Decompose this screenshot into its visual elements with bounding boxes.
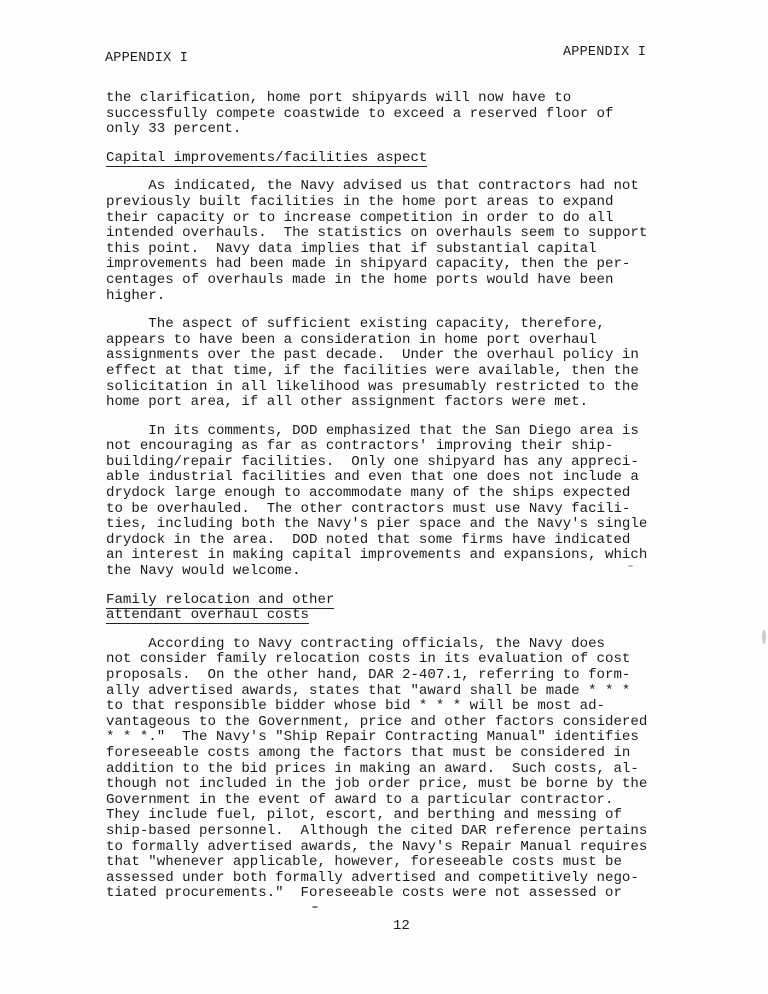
block-gap xyxy=(106,580,686,593)
text-line: ship-based personnel. Although the cited… xyxy=(106,824,686,840)
text-line: to that responsible bidder whose bid * *… xyxy=(106,699,686,715)
text-line: their capacity or to increase competitio… xyxy=(106,211,686,227)
text-line: that "whenever applicable, however, fore… xyxy=(106,855,686,871)
paragraph: the clarification, home port shipyards w… xyxy=(106,91,686,138)
text-line: effect at that time, if the facilities w… xyxy=(106,364,686,380)
text-line: foreseeable costs among the factors that… xyxy=(106,746,686,762)
text-line: attendant overhaul costs xyxy=(106,608,686,624)
text-line: In its comments, DOD emphasized that the… xyxy=(106,424,686,440)
text-line: proposals. On the other hand, DAR 2-407.… xyxy=(106,668,686,684)
text-line: drydock large enough to accommodate many… xyxy=(106,486,686,502)
body-text: the clarification, home port shipyards w… xyxy=(106,91,686,902)
text-line: appears to have been a consideration in … xyxy=(106,333,686,349)
text-line: According to Navy contracting officials,… xyxy=(106,637,686,653)
text-line: higher. xyxy=(106,289,686,305)
text-line: ties, including both the Navy's pier spa… xyxy=(106,517,686,533)
text-line: though not included in the job order pri… xyxy=(106,777,686,793)
paragraph: As indicated, the Navy advised us that c… xyxy=(106,179,686,304)
scan-artifact xyxy=(628,565,633,567)
paragraph: According to Navy contracting officials,… xyxy=(106,637,686,902)
header-right: APPENDIX I xyxy=(563,45,646,60)
paragraph: In its comments, DOD emphasized that the… xyxy=(106,424,686,580)
text-line: Capital improvements/facilities aspect xyxy=(106,151,686,167)
text-line: to be overhauled. The other contractors … xyxy=(106,502,686,518)
text-line: the Navy would welcome. xyxy=(106,564,686,580)
text-line: intended overhauls. The statistics on ov… xyxy=(106,226,686,242)
text-line: centages of overhauls made in the home p… xyxy=(106,273,686,289)
text-line: They include fuel, pilot, escort, and be… xyxy=(106,808,686,824)
document-page: APPENDIX I APPENDIX I the clarification,… xyxy=(0,0,768,994)
text-line: the clarification, home port shipyards w… xyxy=(106,91,686,107)
text-line: The aspect of sufficient existing capaci… xyxy=(106,317,686,333)
text-line: not consider family relocation costs in … xyxy=(106,652,686,668)
text-line: this point. Navy data implies that if su… xyxy=(106,242,686,258)
text-line: As indicated, the Navy advised us that c… xyxy=(106,179,686,195)
section-heading: Family relocation and otherattendant ove… xyxy=(106,593,686,624)
text-line: addition to the bid prices in making an … xyxy=(106,762,686,778)
text-line: not encouraging as far as contractors' i… xyxy=(106,439,686,455)
text-line: vantageous to the Government, price and … xyxy=(106,715,686,731)
section-heading: Capital improvements/facilities aspect xyxy=(106,151,686,167)
block-gap xyxy=(106,624,686,637)
header-left: APPENDIX I xyxy=(105,51,188,66)
paragraph: The aspect of sufficient existing capaci… xyxy=(106,317,686,411)
text-line: building/repair facilities. Only one shi… xyxy=(106,455,686,471)
text-line: drydock in the area. DOD noted that some… xyxy=(106,533,686,549)
text-line: assessed under both formally advertised … xyxy=(106,871,686,887)
block-gap xyxy=(106,138,686,151)
text-line: successfully compete coastwide to exceed… xyxy=(106,107,686,123)
text-line: improvements had been made in shipyard c… xyxy=(106,257,686,273)
text-line: ally advertised awards, states that "awa… xyxy=(106,684,686,700)
text-line: to formally advertised awards, the Navy'… xyxy=(106,840,686,856)
text-line: tiated procurements." Foreseeable costs … xyxy=(106,886,686,902)
text-line: assignments over the past decade. Under … xyxy=(106,348,686,364)
page-number: 12 xyxy=(393,918,410,934)
text-line: Family relocation and other xyxy=(106,593,686,609)
scan-artifact xyxy=(312,906,318,908)
text-line: * * *." The Navy's "Ship Repair Contract… xyxy=(106,730,686,746)
text-line: Government in the event of award to a pa… xyxy=(106,793,686,809)
text-line: previously built facilities in the home … xyxy=(106,195,686,211)
text-line: an interest in making capital improvemen… xyxy=(106,548,686,564)
text-line: able industrial facilities and even that… xyxy=(106,470,686,486)
text-line: home port area, if all other assignment … xyxy=(106,395,686,411)
text-line: only 33 percent. xyxy=(106,122,686,138)
text-line: solicitation in all likelihood was presu… xyxy=(106,380,686,396)
block-gap xyxy=(106,411,686,424)
scan-artifact xyxy=(762,630,766,644)
